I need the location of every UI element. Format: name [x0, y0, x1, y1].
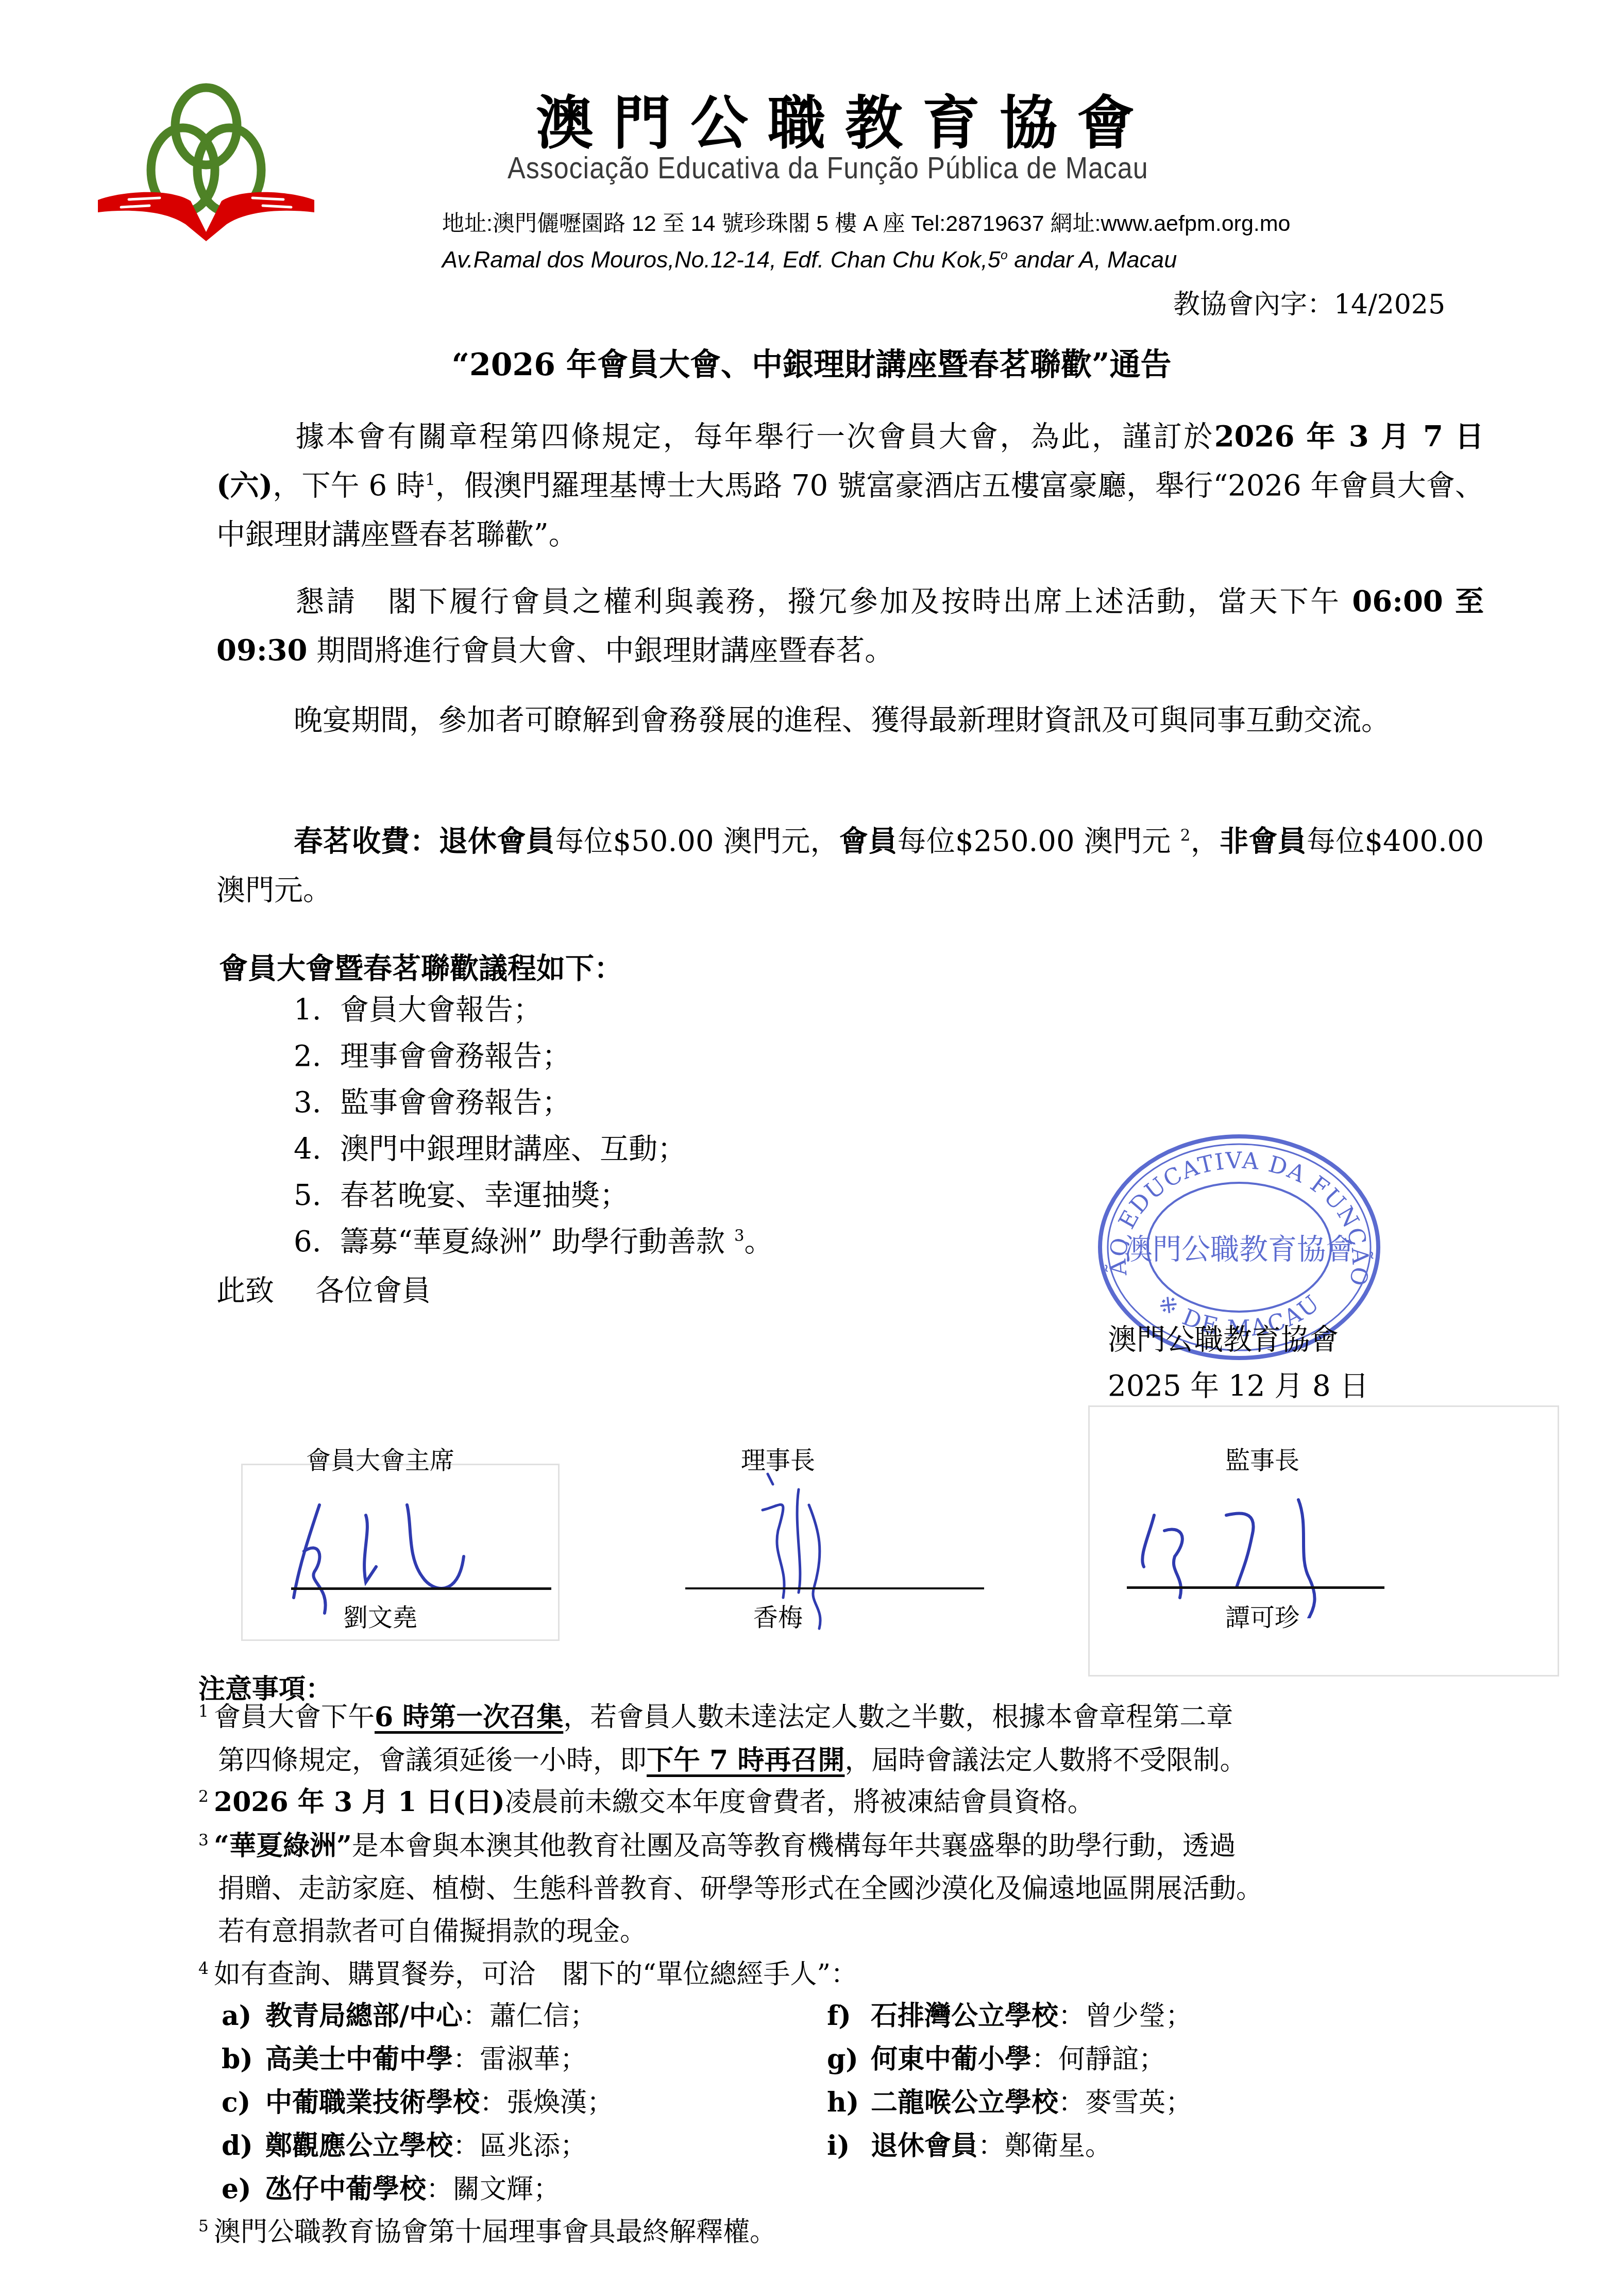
contact-item: g)何東中葡小學：何靜誼；	[827, 2038, 1192, 2081]
paragraph-banquet: 晚宴期間，參加者可瞭解到會務發展的進程、獲得最新理財資訊及可與同事互動交流。	[216, 696, 1484, 745]
time-end: 09:30	[216, 633, 308, 667]
association-logo	[93, 77, 319, 242]
contact-item: a)教青局總部/中心：蕭仁信；	[222, 1995, 614, 2038]
time-start: 06:00	[1352, 584, 1443, 618]
footnote-ref-3: 3	[734, 1227, 745, 1245]
logo-rings-book-icon	[93, 77, 319, 242]
paragraph-attendance: 懇請 閣下履行會員之權利與義務，撥冗參加及按時出席上述活動，當天下午 06:00…	[216, 577, 1484, 675]
fee-member-label: 會員	[839, 824, 898, 858]
signature-name-president: 香梅	[639, 1598, 917, 1633]
contact-item: e)氹仔中葡學校：關文輝；	[222, 2168, 614, 2211]
signature-name-chairman: 劉文堯	[241, 1598, 519, 1633]
agenda-title: 會員大會暨春茗聯歡議程如下：	[219, 946, 623, 987]
signature-role-chairman: 會員大會主席	[241, 1440, 519, 1476]
contact-column-right: f)石排灣公立學校：曾少瑩； g)何東中葡小學：何靜誼； h)二龍喉公立學校：麥…	[827, 1995, 1192, 2168]
sender-org: 澳門公職教育協會	[1108, 1317, 1368, 1363]
agenda-item: 1.會員大會報告；	[294, 987, 773, 1033]
contact-item: h)二龍喉公立學校：麥雪英；	[827, 2081, 1192, 2124]
contact-item: i)退休會員：鄭衛星。	[827, 2124, 1192, 2168]
contact-column-left: a)教青局總部/中心：蕭仁信； b)高美士中葡中學：雷淑華； c)中葡職業技術學…	[222, 1995, 614, 2211]
contact-item: c)中葡職業技術學校：張煥漢；	[222, 2081, 614, 2124]
contact-item: b)高美士中葡中學：雷淑華；	[222, 2038, 614, 2081]
fee-member-price: 每位$250.00 澳門元	[897, 825, 1171, 858]
svg-text:澳門公職教育協會: 澳門公職教育協會	[1124, 1233, 1355, 1266]
agenda-list: 1.會員大會報告； 2.理事會會務報告； 3.監事會會務報告； 4.澳門中銀理財…	[294, 987, 773, 1265]
fee-deadline: 2026 年 3 月 1 日(日)	[214, 1786, 505, 1818]
contact-item: d)鄭觀應公立學校：區兆添；	[222, 2124, 614, 2168]
agenda-item: 3.監事會會務報告；	[294, 1080, 773, 1126]
address-chinese: 地址:澳門儷嚦園路 12 至 14 號珍珠閣 5 樓 A 座 Tel:28719…	[442, 206, 1291, 238]
footnote-1: 1會員大會下午6 時第一次召集，若會員人數未達法定人數之半數，根據本會章程第二章…	[198, 1696, 1538, 1782]
fee-retired-price: 每位$50.00 澳門元，	[555, 825, 839, 858]
signature-name-supervisor: 譚可珍	[1123, 1598, 1401, 1633]
agenda-item: 6.籌募“華夏綠洲” 助學行動善款 3。	[294, 1219, 773, 1265]
reference-number: 教協會內字：14/2025	[1173, 282, 1445, 321]
agenda-item: 4.澳門中銀理財講座、互動；	[294, 1126, 773, 1172]
paragraph-fees: 春茗收費：退休會員每位$50.00 澳門元，會員每位$250.00 澳門元 2，…	[216, 817, 1484, 915]
contact-item: f)石排灣公立學校：曾少瑩；	[827, 1995, 1192, 2038]
org-name-chinese: 澳門公職教育協會	[536, 77, 1154, 160]
issue-date: 2025 年 12 月 8 日	[1108, 1363, 1368, 1410]
first-call-time: 6 時第一次召集	[375, 1701, 563, 1733]
footnote-4: 4如有查詢、購買餐券，可洽 閣下的“單位總經手人”：	[198, 1953, 1538, 1996]
footnote-ref-2: 2	[1180, 826, 1191, 845]
notice-title: “2026 年會員大會、中銀理財講座暨春茗聯歡”通告	[0, 340, 1623, 384]
second-call-time: 下午 7 時再召開	[647, 1745, 844, 1776]
footnote-5: 5澳門公職教育協會第十屆理事會具最終解釋權。	[198, 2211, 1538, 2254]
fee-retired-label: 退休會員	[439, 824, 555, 858]
signature-line	[685, 1587, 984, 1589]
salutation: 此致各位會員	[216, 1268, 431, 1309]
footnote-3: 3“華夏綠洲”是本會與本澳其他教育社團及高等教育機構每年共襄盛舉的助學行動，透過…	[198, 1824, 1538, 1953]
address-portuguese: Av.Ramal dos Mouros,No.12-14, Edf. Chan …	[442, 246, 1177, 273]
agenda-item: 5.春茗晚宴、幸運抽獎；	[294, 1172, 773, 1219]
footnote-ref-1: 1	[425, 471, 435, 489]
org-name-portuguese: Associação Educativa da Função Pública d…	[508, 150, 1148, 186]
sender-block: 澳門公職教育協會 2025 年 12 月 8 日	[1108, 1317, 1368, 1410]
agenda-item: 2.理事會會務報告；	[294, 1033, 773, 1080]
signature-line	[1127, 1586, 1384, 1589]
footnote-2: 22026 年 3 月 1 日(日)凌晨前未繳交本年度會費者，將被凍結會員資格。	[198, 1781, 1538, 1824]
signature-line	[291, 1587, 551, 1590]
paragraph-meeting-details: 據本會有關章程第四條規定，每年舉行一次會員大會，為此，謹訂於2026 年 3 月…	[216, 412, 1484, 559]
signature-role-supervisor: 監事長	[1123, 1440, 1401, 1476]
fee-nonmember-label: 非會員	[1220, 824, 1307, 858]
